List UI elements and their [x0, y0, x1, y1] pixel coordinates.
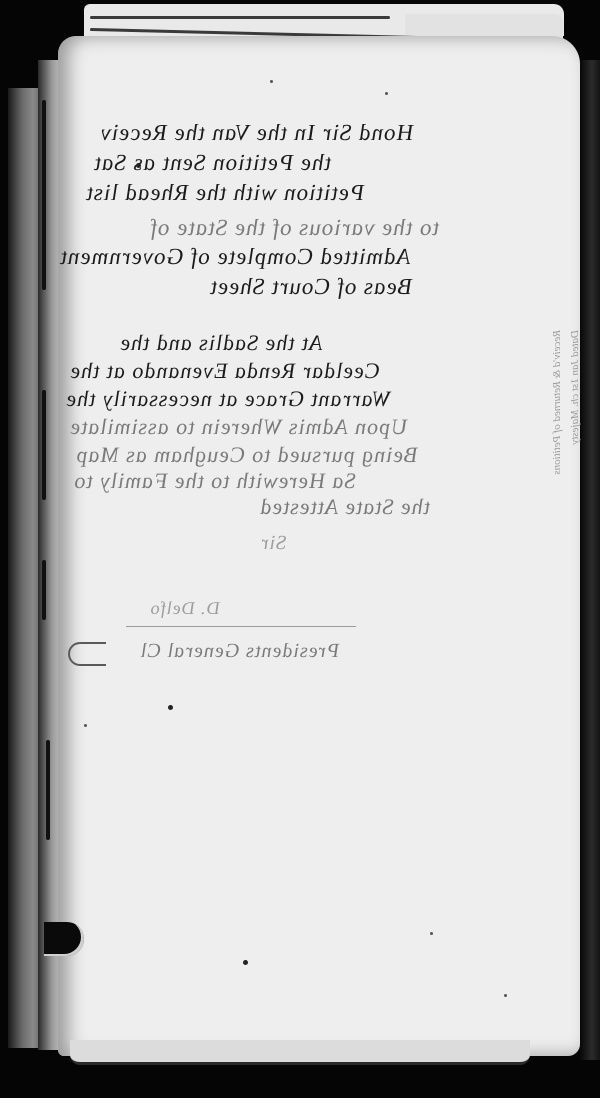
text-line: Sa Herewith to the Family to [70, 468, 360, 494]
ink-spot [270, 80, 273, 83]
text-line: Ceeldar Renda Evenando at the [66, 358, 384, 384]
ink-spot [84, 724, 87, 727]
signature-rule [126, 626, 356, 627]
signature-upper: D. Delfo [147, 598, 224, 619]
text-line: Petition with the Rhead list [82, 180, 369, 206]
binding-crease [42, 560, 46, 620]
ink-spot [504, 994, 507, 997]
binder-clip-icon [44, 922, 84, 956]
text-line: to the various of the State of [146, 215, 444, 241]
text-line: At the Sadlis and the [116, 330, 328, 356]
signature-flourish [68, 642, 106, 666]
docket-annotation: Receiv'd & Returned of Petitions Dated J… [548, 330, 584, 475]
text-line: Being pursued to Ceugham as Map [72, 442, 422, 468]
binding-crease [42, 390, 46, 500]
page-bottom-edge [70, 1040, 530, 1065]
text-line: the Petition Sent as Sat [90, 150, 336, 176]
text-line: Admitted Complete of Government [56, 244, 415, 270]
docket-line: Dated Jan 1st ch. Majesty [566, 330, 584, 475]
text-line: Hond Sir In the Van the Receiv [96, 120, 418, 146]
signature-lower: Presidents General Cl [136, 640, 343, 663]
ink-spot [385, 92, 388, 95]
text-line: Beas of Court Sheet [206, 274, 417, 300]
ink-spot [243, 960, 248, 965]
binding-crease [42, 100, 46, 290]
right-edge-shadow [580, 60, 600, 1060]
ink-spot [168, 705, 173, 710]
text-line: Warrant Grace at necessarily the [62, 386, 395, 412]
fold-line [90, 16, 390, 19]
binding-crease [46, 740, 50, 840]
ink-spot [430, 932, 433, 935]
docket-line: Receiv'd & Returned of Petitions [548, 330, 566, 475]
text-line: the State Attested [256, 494, 435, 520]
ink-spot [136, 163, 141, 168]
text-line: Upon Admis Wherein to assimilate [66, 414, 412, 440]
